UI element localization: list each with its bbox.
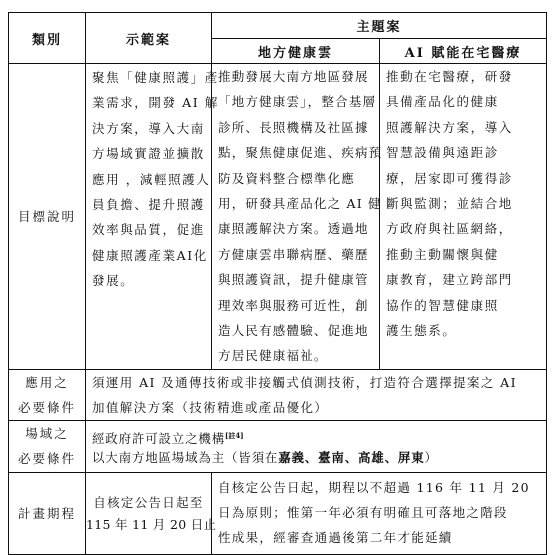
text-line: 康教育，建立跨部門 — [386, 267, 542, 292]
site-line-1: 經政府許可設立之機構[註4] — [92, 426, 540, 448]
goal-local-cloud-cell: 推動發展大南方地區發展 「地方健康雲」，整合基層 診所、長照機構及社區據 點，聚… — [212, 64, 380, 370]
label-line: 場域之 — [9, 421, 85, 446]
row-label-site-requirement: 場域之 必要條件 — [9, 420, 86, 472]
site-institution-text: 經政府許可設立之機構 — [92, 431, 225, 446]
header-theme: 主題案 — [212, 13, 547, 39]
label-line: 必要條件 — [9, 395, 85, 420]
text-line: 與照護資訊，提升健康管 — [218, 267, 375, 292]
site-requirement-text: 經政府許可設立之機構[註4] 以大南方地區場域為主（皆須在嘉義、臺南、高雄、屏東… — [86, 420, 547, 472]
site-prefix: 以大南方地區場域為主（皆須在 — [92, 450, 278, 465]
text-line: 決方案，導入大南 — [92, 116, 207, 141]
text-line: 自核定公告日起，期程以不超過 116 年 11 月 20 — [218, 475, 540, 500]
text-line: 推動主動關懷與健 — [386, 242, 542, 267]
row-label-goal: 目標說明 — [9, 64, 86, 370]
text-line: 診所、長照機構及社區據 — [218, 115, 375, 140]
header-category: 類別 — [9, 13, 86, 64]
text-line: 推動在宅醫療，研發 — [386, 64, 542, 89]
text-line: 推動發展大南方地區發展 — [218, 64, 375, 89]
site-regions: 嘉義、臺南、高雄、屏東 — [278, 450, 424, 465]
text-line: 方政府與社區網絡， — [386, 216, 542, 241]
text-line: 造人民有感體驗、促進地 — [218, 318, 375, 343]
text-line: 智慧設備與遠距診 — [386, 140, 542, 165]
schedule-theme-cell: 自核定公告日起，期程以不超過 116 年 11 月 20 日為原則；惟第一年必須… — [212, 473, 547, 555]
label-line: 必要條件 — [9, 446, 85, 471]
text-line: 健康照護產業AI化 — [92, 243, 207, 268]
row-label-app-requirement: 應用之 必要條件 — [9, 369, 86, 420]
goal-home-care-cell: 推動在宅醫療，研發 具備產品化的健康 照護解決方案，導入 智慧設備與遠距診 療，… — [380, 64, 547, 370]
text-line: 協作的智慧健康照 — [386, 293, 542, 318]
text-line: 用，研發具產品化之 AI 健 — [218, 191, 375, 216]
project-comparison-table: 類別 示範案 主題案 地方健康雲 AI 賦能在宅醫療 目標說明 聚焦「健康照護」… — [8, 12, 547, 555]
text-line: 性成果，經審查通過後第二年才能延續 — [218, 525, 540, 550]
site-suffix: ） — [425, 450, 438, 465]
text-line: 自核定公告日起至 — [86, 492, 211, 514]
text-line: 應用 ，減輕照護人 — [92, 167, 207, 192]
footnote-marker: [註4] — [225, 431, 244, 440]
header-demo: 示範案 — [86, 13, 212, 64]
text-line: 照護解決方案，導入 — [386, 115, 542, 140]
app-requirement-text: 須運用 AI 及通傳技術或非接觸式偵測技術，打造符合選擇提案之 AI 加值解決方… — [86, 369, 547, 420]
text-line: 日為原則；惟第一年必須有明確且可落地之階段 — [218, 500, 540, 525]
text-line: 業需求，開發 AI 解 — [92, 90, 207, 115]
schedule-demo-cell: 自核定公告日起至 115 年 11 月 20 日止 — [86, 473, 212, 555]
text-line: 方居民健康福祉。 — [218, 343, 375, 368]
text-line: 護生態系。 — [386, 318, 542, 343]
header-ai-home-care: AI 賦能在宅醫療 — [380, 39, 547, 64]
text-line: 康照護解決方案。透過地 — [218, 216, 375, 241]
row-label-schedule: 計畫期程 — [9, 473, 86, 555]
text-line: 點，聚焦健康促進、疾病預 — [218, 140, 375, 165]
text-line: 方健康雲串聯病歷、藥歷 — [218, 242, 375, 267]
site-line-2: 以大南方地區場域為主（皆須在嘉義、臺南、高雄、屏東） — [92, 448, 540, 467]
text-line: 療，居家即可獲得診 — [386, 166, 542, 191]
goal-demo-cell: 聚焦「健康照護」產 業需求，開發 AI 解 決方案，導入大南 方場域實證並擴散 … — [86, 64, 212, 370]
text-line: 發展。 — [92, 268, 207, 293]
text-line: 須運用 AI 及通傳技術或非接觸式偵測技術，打造符合選擇提案之 AI — [92, 370, 540, 395]
text-line: 聚焦「健康照護」產 — [92, 65, 207, 90]
text-line: 方場域實證並擴散 — [92, 141, 207, 166]
text-line: 斷與監測；並結合地 — [386, 191, 542, 216]
text-line: 員負擔、提升照護 — [92, 192, 207, 217]
header-local-health-cloud: 地方健康雲 — [212, 39, 380, 64]
label-line: 應用之 — [9, 370, 85, 395]
text-line: 加值解決方案（技術精進或產品優化） — [92, 395, 540, 420]
text-line: 「地方健康雲」，整合基層 — [218, 89, 375, 114]
text-line: 理效率與服務可近性，創 — [218, 293, 375, 318]
text-line: 115 年 11 月 20 日止 — [86, 514, 211, 536]
text-line: 防及資料整合標準化應 — [218, 166, 375, 191]
text-line: 效率與品質，促進 — [92, 217, 207, 242]
text-line: 具備產品化的健康 — [386, 89, 542, 114]
